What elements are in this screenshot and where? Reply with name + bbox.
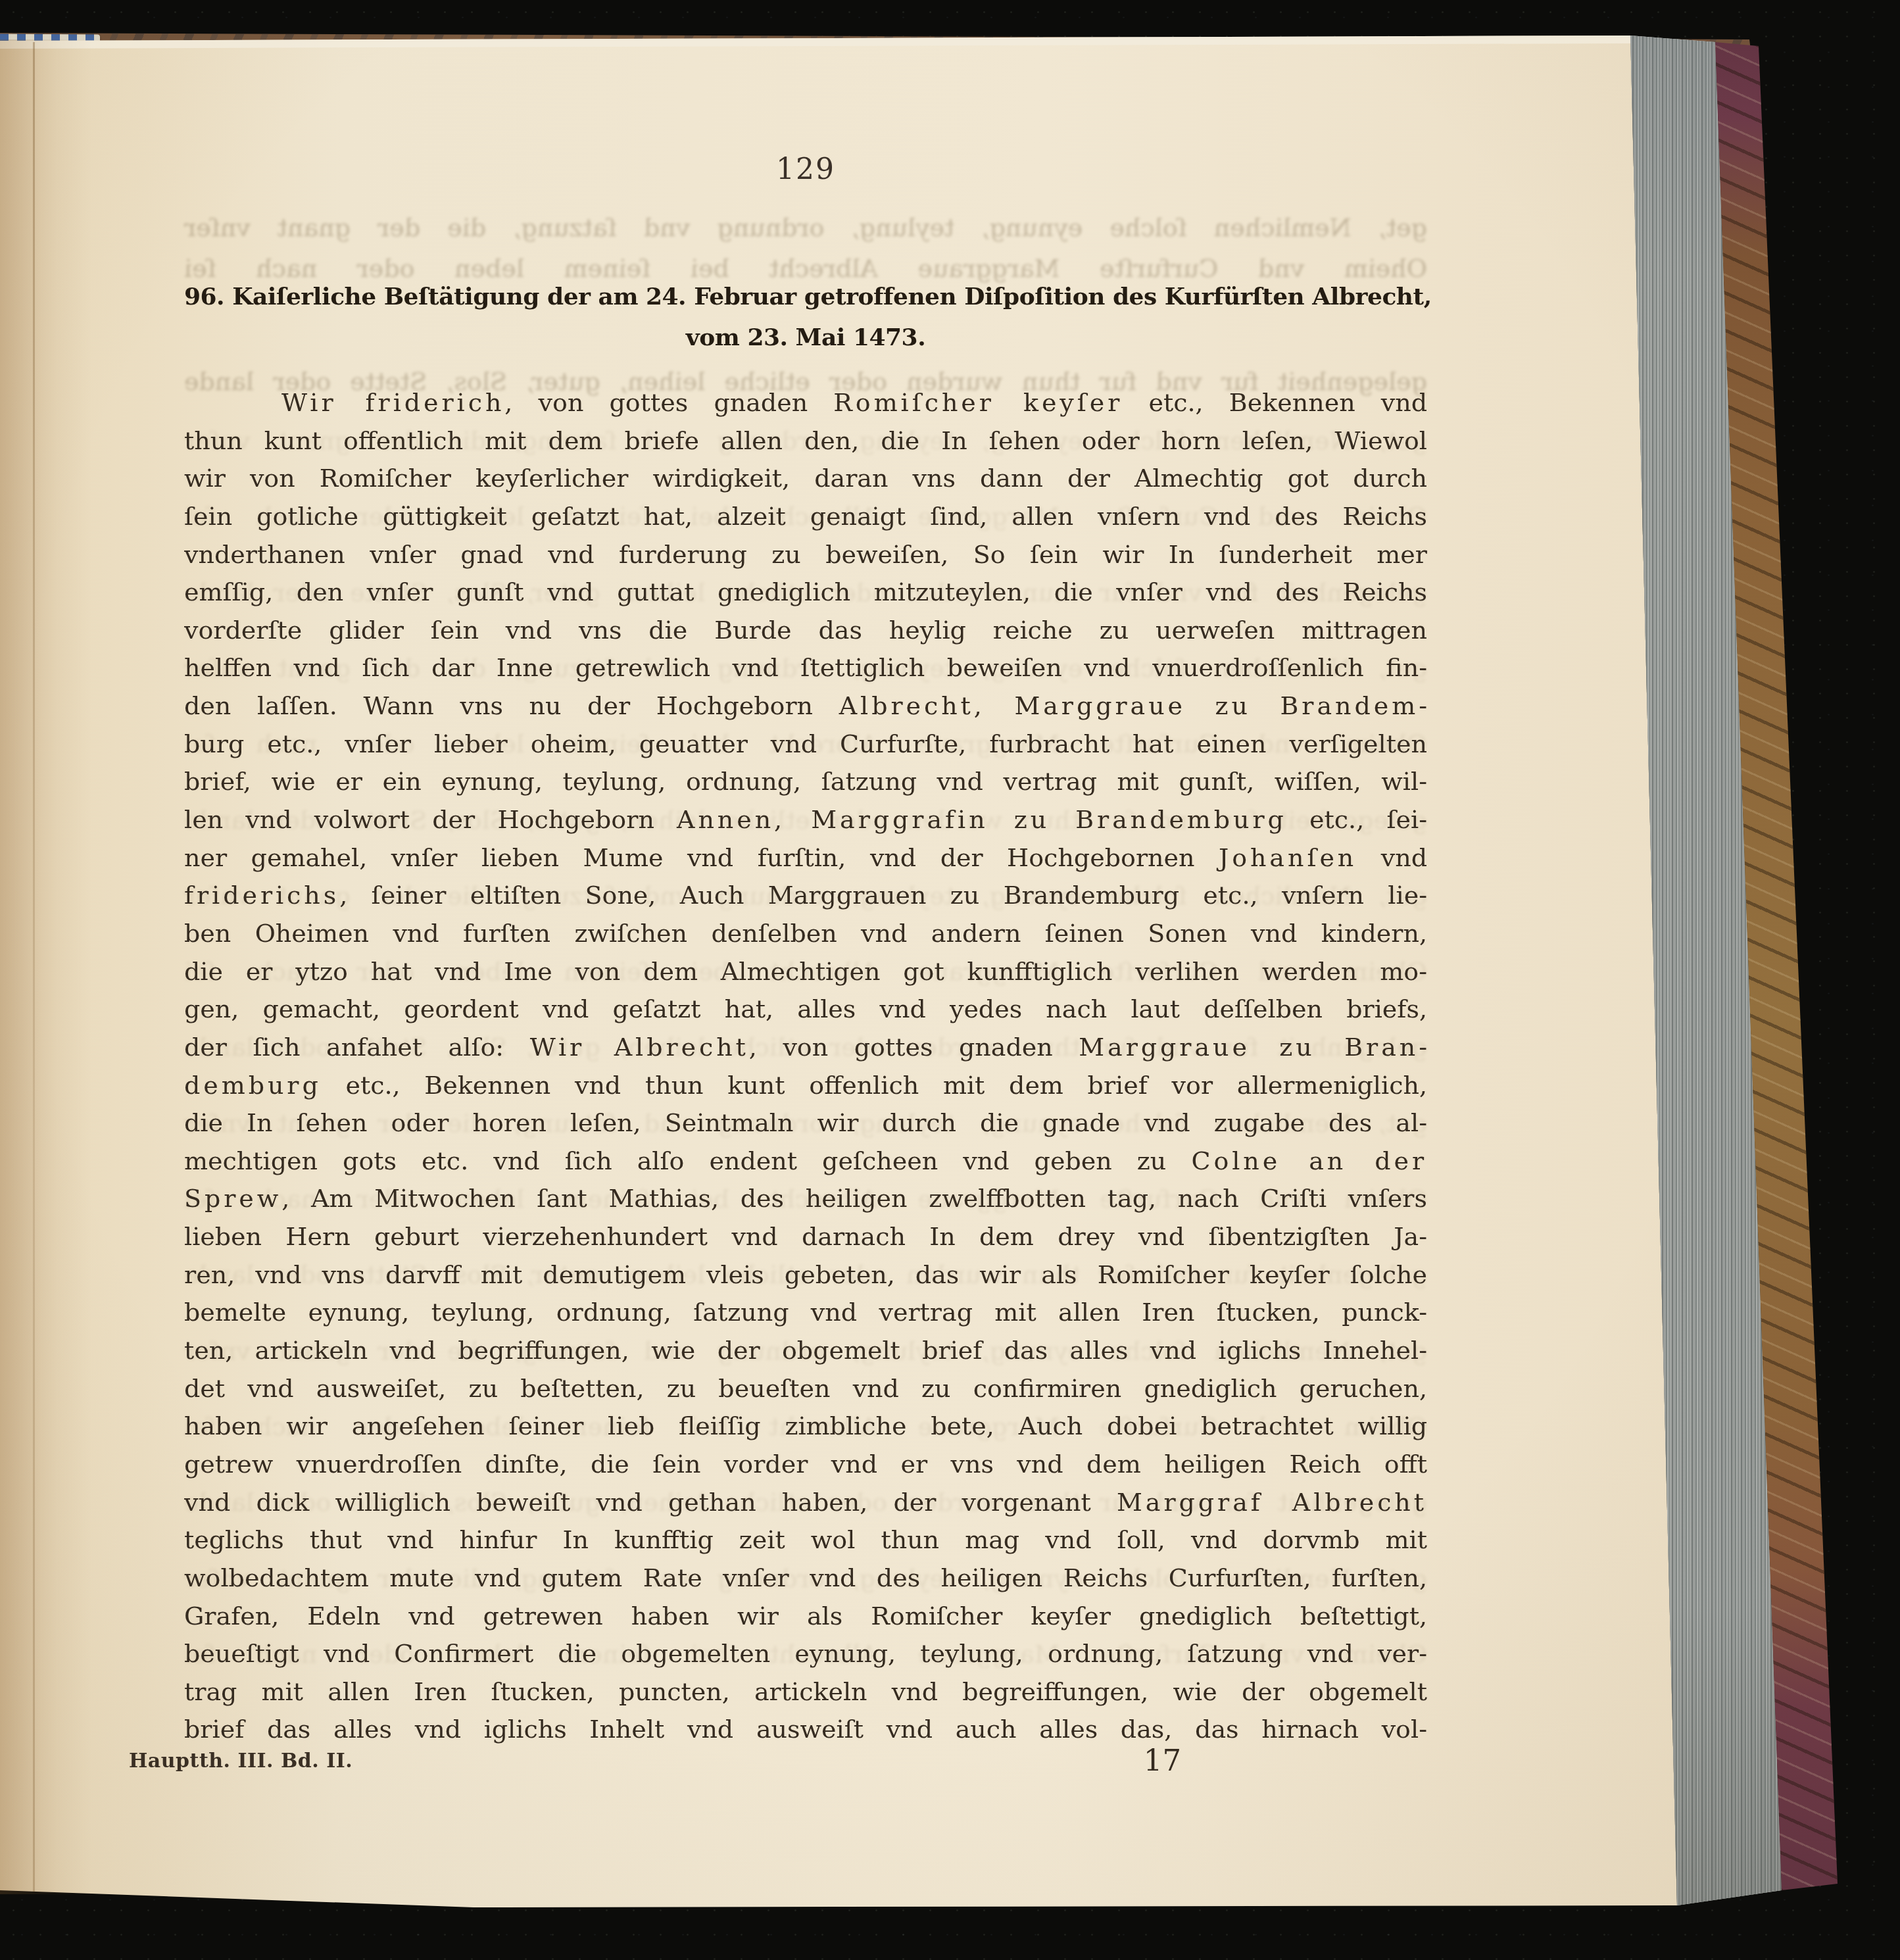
page-crease xyxy=(33,42,35,1892)
body-line: lieben Hern geburt vierzehenhundert vnd … xyxy=(184,1218,1427,1256)
body-line: den laſſen. Wann vns nu der Hochgeborn A… xyxy=(184,687,1427,725)
body-line: ten, artickeln vnd begriffungen, wie der… xyxy=(184,1332,1427,1370)
body-line: haben wir angeſehen ſeiner lieb fleiſſig… xyxy=(184,1408,1427,1446)
body-line: vnderthanen vnſer gnad vnd furderung zu … xyxy=(184,536,1427,574)
gutter-shadow xyxy=(0,39,92,1894)
body-line: Sprew, Am Mitwochen ſant Mathias, des he… xyxy=(184,1180,1427,1218)
body-line: ren, vnd vns darvff mit demutigem vleis … xyxy=(184,1256,1427,1294)
footer-signature-mark: Hauptth. III. Bd. II. xyxy=(129,1750,353,1773)
body-line: ner gemahel, vnſer lieben Mume vnd furſt… xyxy=(184,839,1427,877)
body-line: thun kunt offentlich mit dem briefe alle… xyxy=(184,422,1427,460)
body-line: ben Oheimen vnd furſten zwiſchen denſelb… xyxy=(184,915,1427,953)
body-line: beueſtigt vnd Confirmert die obgemelten … xyxy=(184,1635,1427,1673)
heading-line-2: vom 23. Mai 1473. xyxy=(184,317,1427,358)
body-line: getrew vnuerdroſſen dinſte, die ſein vor… xyxy=(184,1446,1427,1484)
body-line: friderichs, ſeiner eltiſten Sone, Auch M… xyxy=(184,877,1427,915)
body-line: burg etc., vnſer lieber oheim, geuatter … xyxy=(184,725,1427,764)
body-line: gen, gemacht, geordent vnd geſatzt hat, … xyxy=(184,991,1427,1029)
body-line: bemelte eynung, teylung, ordnung, ſatzun… xyxy=(184,1294,1427,1332)
body-line: Wir friderich, von gottes gnaden Romiſch… xyxy=(184,384,1427,422)
body-line: vorderſte glider ſein vnd vns die Burde … xyxy=(184,612,1427,650)
body-line: teglichs thut vnd hinfur In kunfftig zei… xyxy=(184,1521,1427,1559)
body-line: len vnd volwort der Hochgeborn Annen, Ma… xyxy=(184,801,1427,839)
body-line: vnd dick williglich beweiſt vnd gethan h… xyxy=(184,1484,1427,1522)
body-line: die er ytzo hat vnd Ime von dem Almechti… xyxy=(184,953,1427,991)
heading-line-1: 96. Kaiſerliche Beſtätigung der am 24. F… xyxy=(184,276,1427,317)
body-line: mechtigen gots etc. vnd ſich alſo endent… xyxy=(184,1142,1427,1181)
document-heading: 96. Kaiſerliche Beſtätigung der am 24. F… xyxy=(184,276,1427,358)
body-line: ſein gotliche güttigkeit geſatzt hat, al… xyxy=(184,498,1427,536)
sheet-number: 17 xyxy=(1105,1743,1220,1778)
book-scan-backdrop: { "document": { "page_number": "129", "h… xyxy=(0,0,1900,1960)
body-line: emſſig, den vnſer gunſt vnd guttat gnedi… xyxy=(184,574,1427,612)
body-line: trag mit allen Iren ſtucken, puncten, ar… xyxy=(184,1673,1427,1711)
body-line: die In ſehen oder horen leſen, Seintmaln… xyxy=(184,1104,1427,1142)
body-line: det vnd ausweiſet, zu beſtetten, zu beue… xyxy=(184,1370,1427,1408)
body-line: demburg etc., Bekennen vnd thun kunt off… xyxy=(184,1067,1427,1105)
body-line: brief, wie er ein eynung, teylung, ordnu… xyxy=(184,763,1427,801)
body-line: helffen vnd ſich dar Inne getrewlich vnd… xyxy=(184,649,1427,687)
body-line: Grafen, Edeln vnd getrewen haben wir als… xyxy=(184,1598,1427,1636)
body-line: der ſich anfahet alſo: Wir Albrecht, von… xyxy=(184,1029,1427,1067)
body-text: Wir friderich, von gottes gnaden Romiſch… xyxy=(184,384,1427,1749)
body-line: wolbedachtem mute vnd gutem Rate vnſer v… xyxy=(184,1559,1427,1598)
body-line: brief das alles vnd iglichs Inhelt vnd a… xyxy=(184,1711,1427,1749)
body-line: wir von Romiſcher keyſerlicher wirdigkei… xyxy=(184,460,1427,498)
page-number: 129 xyxy=(184,153,1427,186)
